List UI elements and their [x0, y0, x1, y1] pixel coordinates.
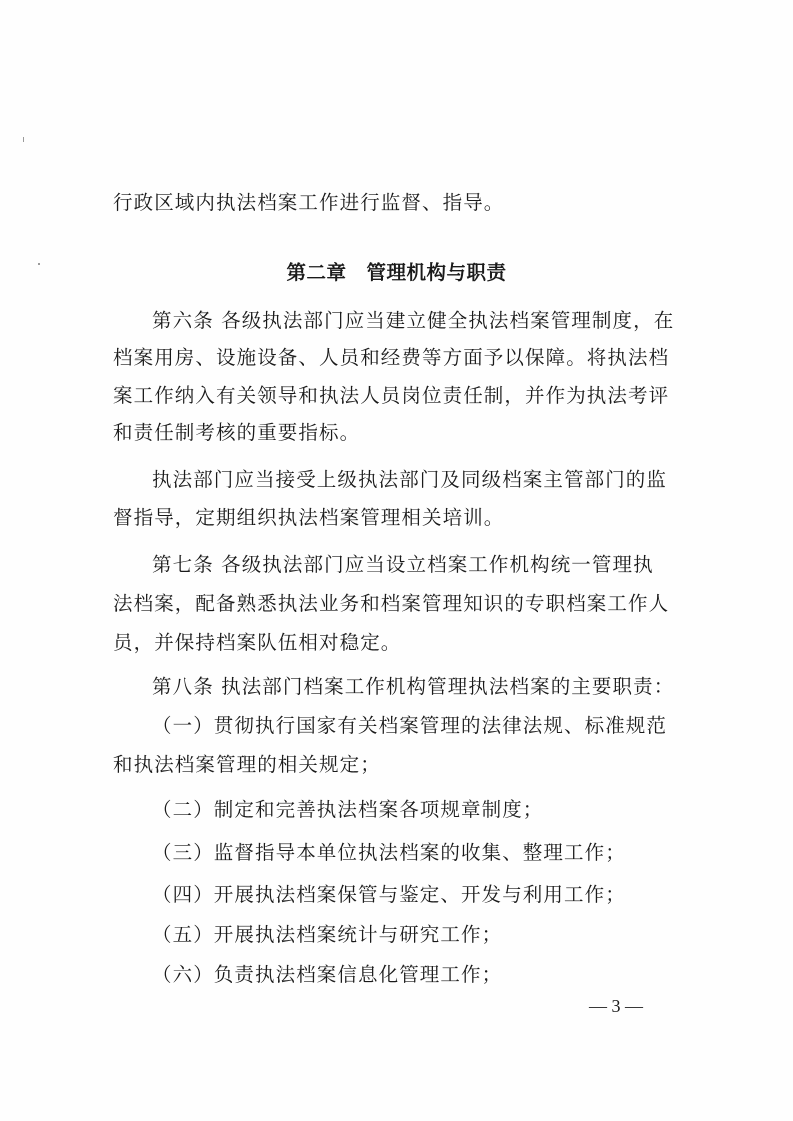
document-page: 行政区域内执法档案工作进行监督、指导。 第二章管理机构与职责 第六条 各级执法部… — [0, 0, 793, 1121]
article-6-line-3: 案工作纳入有关领导和执法人员岗位责任制，并作为执法考评 — [113, 384, 673, 408]
article-7-line-2: 法档案，配备熟悉执法业务和档案管理知识的专职档案工作人 — [113, 592, 673, 616]
article-6-line-1: 第六条 各级执法部门应当建立健全执法档案管理制度，在 — [152, 309, 673, 333]
chapter-number: 第二章 — [286, 261, 346, 284]
article-6-line-2: 档案用房、设施设备、人员和经费等方面予以保障。将执法档 — [113, 346, 673, 370]
chapter-heading: 第二章管理机构与职责 — [0, 261, 793, 285]
duty-4: （四）开展执法档案保管与鉴定、开发与利用工作； — [152, 883, 673, 907]
page-number: — 3 — — [589, 994, 643, 1018]
article-6-para2-line-1: 执法部门应当接受上级执法部门及同级档案主管部门的监 — [152, 468, 673, 492]
duty-3: （三）监督指导本单位执法档案的收集、整理工作； — [152, 841, 673, 865]
article-7-line-1: 第七条 各级执法部门应当设立档案工作机构统一管理执 — [152, 553, 673, 577]
article-8-line-1: 第八条 执法部门档案工作机构管理执法档案的主要职责： — [152, 675, 673, 699]
duty-1-line-1: （一）贯彻执行国家有关档案管理的法律法规、标准规范 — [152, 714, 673, 738]
article-7-line-3: 员，并保持档案队伍相对稳定。 — [113, 631, 673, 655]
article-6-line-4: 和责任制考核的重要指标。 — [113, 421, 673, 445]
duty-2: （二）制定和完善执法档案各项规章制度； — [152, 798, 673, 822]
duty-6: （六）负责执法档案信息化管理工作； — [152, 963, 673, 987]
duty-1-line-2: 和执法档案管理的相关规定； — [113, 753, 673, 777]
chapter-title: 管理机构与职责 — [367, 261, 507, 284]
scan-mark — [23, 137, 24, 142]
article-6-para2-line-2: 督指导，定期组织执法档案管理相关培训。 — [113, 506, 673, 530]
duty-5: （五）开展执法档案统计与研究工作； — [152, 923, 673, 947]
continuation-text: 行政区域内执法档案工作进行监督、指导。 — [113, 191, 673, 215]
